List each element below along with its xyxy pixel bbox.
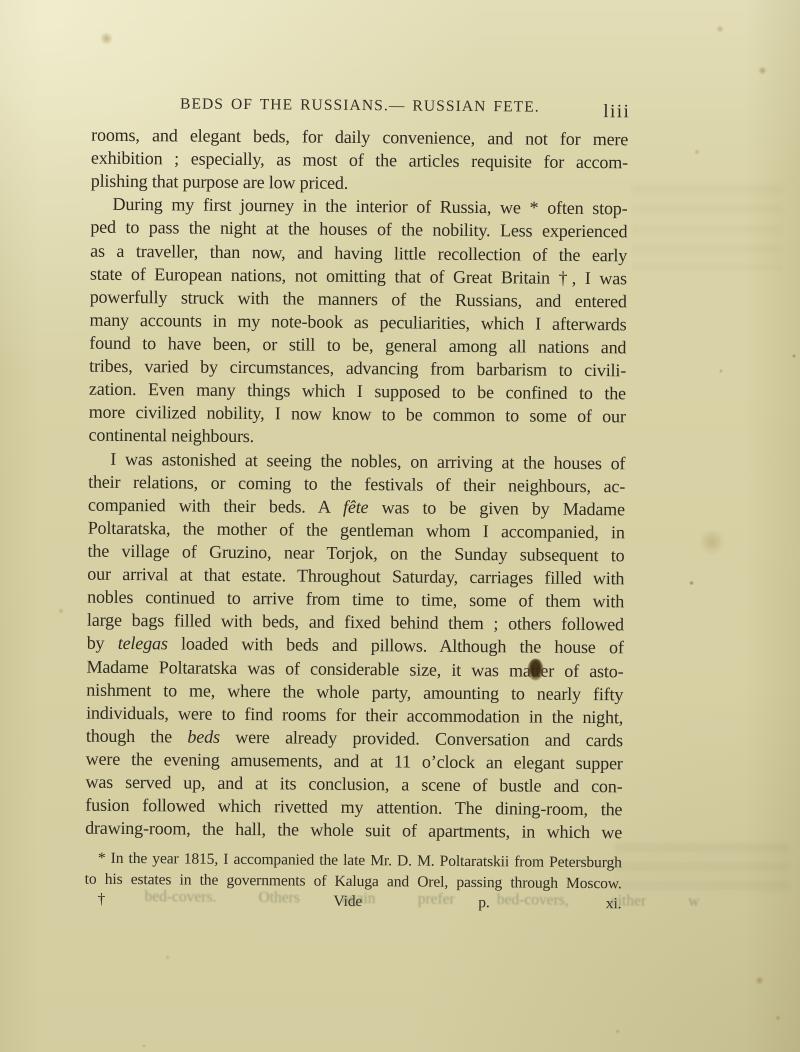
page-content: BEDS OF THE RUSSIANS.— RUSSIAN FETE. lii… <box>0 0 800 1052</box>
ink-blot: tt <box>531 660 541 680</box>
book-page-scan: BEDS OF THE RUSSIANS.— RUSSIAN FETE. lii… <box>0 0 800 1052</box>
page-number: liii <box>603 101 630 123</box>
running-header-title: BEDS OF THE RUSSIANS.— RUSSIAN FETE. <box>91 95 628 118</box>
body-text: rooms, and elegant beds, for daily conve… <box>85 124 628 845</box>
running-header: BEDS OF THE RUSSIANS.— RUSSIAN FETE. lii… <box>91 95 628 122</box>
text-line: drawing-room, the hall, the whole suit o… <box>85 817 622 845</box>
